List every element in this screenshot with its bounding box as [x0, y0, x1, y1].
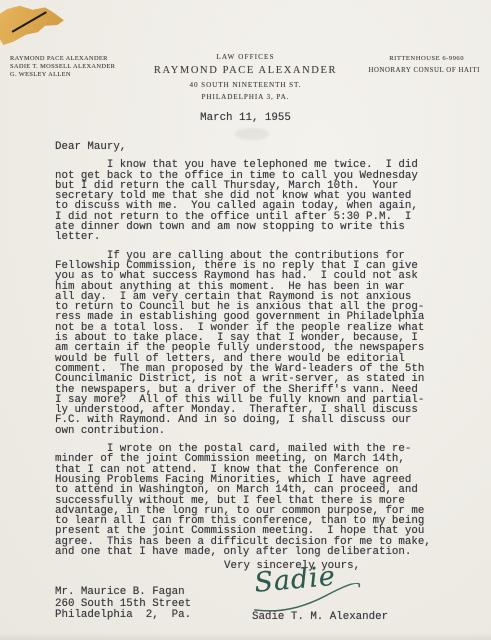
- letter-date: March 11, 1955: [0, 112, 491, 124]
- letterhead-address-street: 40 SOUTH NINETEENTH ST.: [0, 81, 491, 89]
- typed-signature-name: Sadie T. M. Alexander: [252, 611, 388, 623]
- letterhead-phone: RITTENHOUSE 6-9960: [368, 55, 464, 62]
- paragraph-2: If you are calling about the contributio…: [55, 251, 467, 436]
- letterhead-address-city: PHILADELPHIA 3, PA.: [0, 93, 491, 101]
- paragraph-3: I wrote on the postal card, mailed with …: [55, 444, 467, 557]
- handwritten-signature: Sadie: [253, 558, 367, 615]
- letterhead-consul-title: HONORARY CONSUL OF HAITI: [368, 67, 480, 74]
- tape-fragment: [0, 5, 82, 45]
- paper-smudge: [235, 128, 269, 140]
- salutation: Dear Maury,: [55, 142, 467, 152]
- letterhead-right: RITTENHOUSE 6-9960 HONORARY CONSUL OF HA…: [368, 55, 480, 74]
- paragraph-1: I know that you have telephoned me twice…: [55, 160, 467, 242]
- letter-body: Dear Maury, I know that you have telepho…: [55, 142, 467, 557]
- letter-page: RAYMOND PACE ALEXANDER SADIE T. MOSSELL …: [0, 0, 491, 640]
- recipient-address-block: Mr. Maurice B. Fagan 260 South 15th Stre…: [55, 587, 191, 622]
